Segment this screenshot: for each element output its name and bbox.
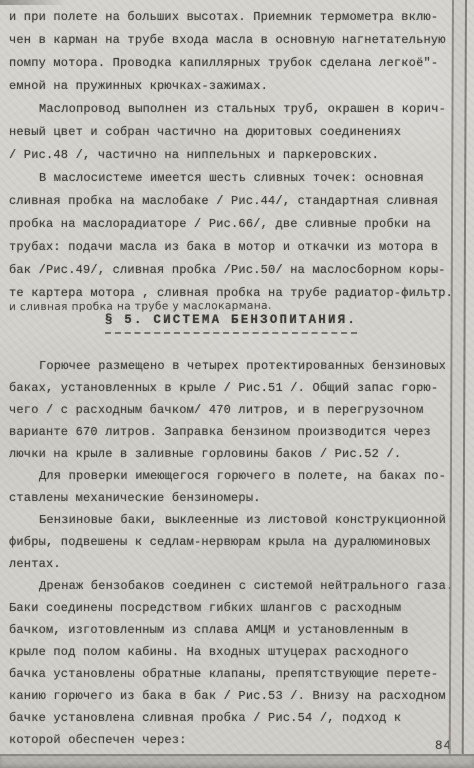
text-line: Дренаж бензобаков соединен с системой не… xyxy=(9,575,453,597)
text-line: крыле под полом кабины. На входных штуце… xyxy=(9,641,453,663)
text-line: варианте 670 литров. Заправка бензином п… xyxy=(9,421,453,443)
text-line: В маслосистеме имеется шесть сливных точ… xyxy=(9,167,453,190)
text-line: лючки на крыле в заливные горловины бако… xyxy=(9,443,453,465)
text-line: пробка на маслорадиаторе / Рис.66/, две … xyxy=(9,213,453,236)
text-line: помпу мотора. Проводка капиллярных трубо… xyxy=(9,52,453,75)
paragraph-thermometer: и при полете на больших высотах. Приемни… xyxy=(9,6,453,98)
text-line: бачке установлена сливная пробка / Рис.5… xyxy=(9,707,453,729)
text-line: Бензиновые баки, выклеенные из листовой … xyxy=(9,509,453,531)
section-heading: § 5. СИСТЕМА БЕНЗОПИТАНИЯ. xyxy=(105,313,357,328)
paragraph-tank-construction: Бензиновые баки, выклеенные из листовой … xyxy=(9,509,453,575)
text-line: баках, установленных в крыле / Рис.51 /.… xyxy=(9,377,453,399)
document-page: и при полете на больших высотах. Приемни… xyxy=(0,0,474,768)
paragraph-fuel-gauges: Для проверки имеющегося горючего в полет… xyxy=(9,465,453,509)
text-line: / Рис.48 /, частично на ниппельных и пар… xyxy=(9,144,453,167)
paragraph-drainage-system: Дренаж бензобаков соединен с системой не… xyxy=(9,575,453,751)
page-text: и при полете на больших высотах. Приемни… xyxy=(9,6,453,751)
scan-smudge xyxy=(0,0,80,5)
text-line: лентах. xyxy=(9,553,453,575)
text-line: фибры, подвешены к седлам-нервюрам крыла… xyxy=(9,531,453,553)
text-line: чего / с расходным бачком/ 470 литров, и… xyxy=(9,399,453,421)
text-line: Маслопровод выполнен из стальных труб, о… xyxy=(9,98,453,121)
text-line: канию горючего из бака в бак / Рис.53 /.… xyxy=(9,685,453,707)
text-line: чен в карман на трубе входа масла в осно… xyxy=(9,29,453,52)
text-line: которой обеспечен через: xyxy=(9,729,453,751)
section-heading-block: § 5. СИСТЕМА БЕНЗОПИТАНИЯ. xyxy=(9,313,453,334)
text-line: бачком, изготовленным из сплава АМЦМ и у… xyxy=(9,619,453,641)
text-line: трубах: подачи масла из бака в мотор и о… xyxy=(9,236,453,259)
text-line: ставлены механические бензиномеры. xyxy=(9,487,453,509)
scan-edge-bottom xyxy=(0,754,474,768)
text-line: Горючее размещено в четырех протектирова… xyxy=(9,355,453,377)
text-line: бачка установлены обратные клапаны, преп… xyxy=(9,663,453,685)
text-line: емной на пружинных крючках-зажимах. xyxy=(9,75,453,98)
paragraph-fuel-tanks: Горючее размещено в четырех протектирова… xyxy=(9,355,453,465)
text-line: Для проверки имеющегося горючего в полет… xyxy=(9,465,453,487)
text-line: Баки соединены посредством гибких шланго… xyxy=(9,597,453,619)
scan-edge-right xyxy=(449,0,467,756)
text-line: бак /Рис.49/, сливная пробка /Рис.50/ на… xyxy=(9,259,453,282)
handwritten-note: и сливная пробка на трубе у маслокармана… xyxy=(9,299,453,313)
text-line: невый цвет и собран частично на дюритовы… xyxy=(9,121,453,144)
text-line: и при полете на больших высотах. Приемни… xyxy=(9,6,453,29)
text-line: сливная пробка на маслобаке / Рис.44/, с… xyxy=(9,190,453,213)
paragraph-drain-points: В маслосистеме имеется шесть сливных точ… xyxy=(9,167,453,305)
heading-underline xyxy=(105,329,357,334)
paragraph-oil-line: Маслопровод выполнен из стальных труб, о… xyxy=(9,98,453,167)
